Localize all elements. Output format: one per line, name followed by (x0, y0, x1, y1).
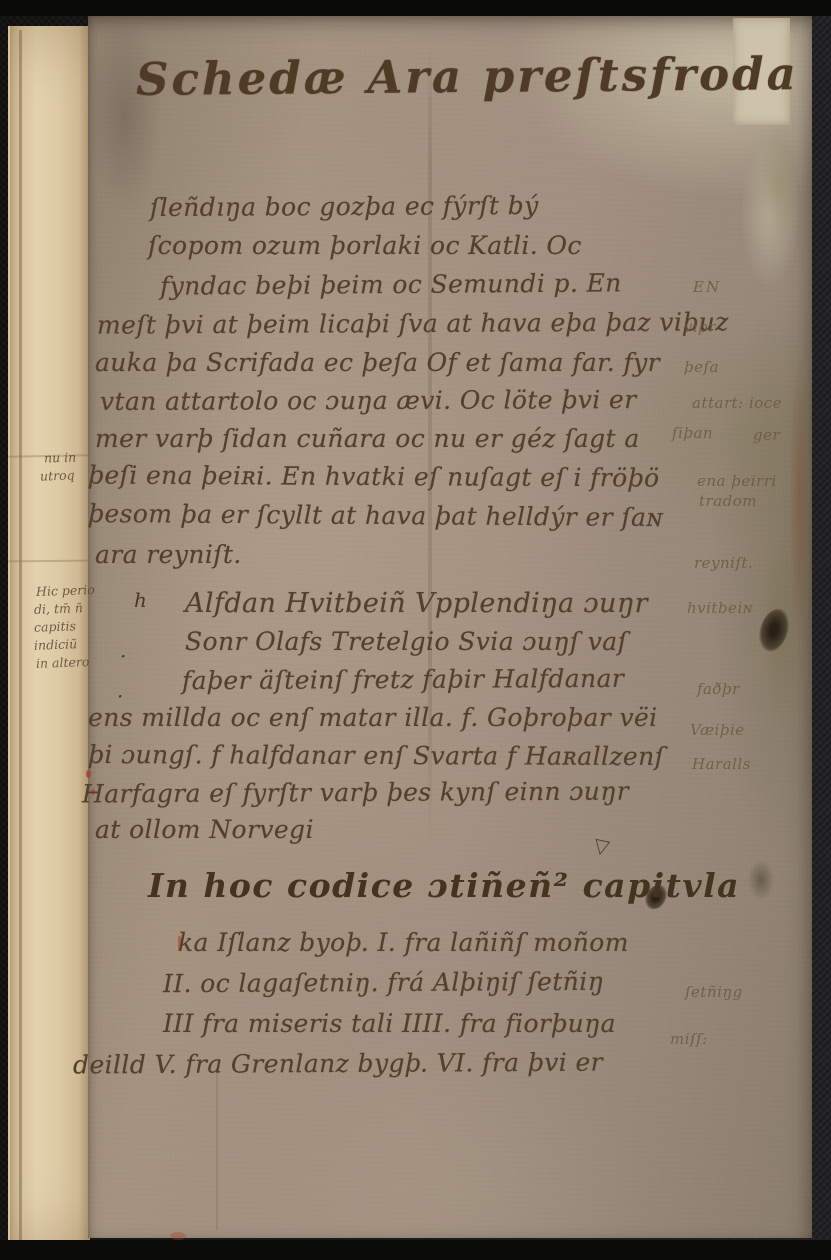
text-line: ſleñdıŋa boc gozþa ec fýrſt bý (150, 191, 539, 222)
green-stain (758, 120, 802, 250)
backdrop-top-band (0, 0, 831, 16)
text-line: fyndac beþi þeim oc Semundi p. En (160, 268, 622, 300)
right-margin-note: Væiþie (690, 721, 745, 739)
right-margin-note: miſſ: (670, 1030, 708, 1048)
text-line: at ollom Norvegi (95, 815, 314, 844)
chapter-heading: In hoc codice ɔtiñeñ² capitvla (148, 866, 740, 905)
right-margin-note: ena þeirri (697, 472, 777, 490)
text-line: II. oc lagaſetniŋ. frá Alþiŋiſ ſetñiŋ (163, 967, 604, 998)
left-margin-note: indiciũ (34, 636, 78, 652)
punctus-mark: · (120, 644, 126, 668)
dark-stain (748, 860, 774, 900)
text-line: mer varþ ſidan cuñara oc nu er géz ſagt … (95, 424, 640, 453)
right-margin-note: hvitbeiɴ (687, 599, 753, 617)
text-line: auka þa Scrifada ec þeſa Of et ſama far.… (95, 348, 660, 377)
right-margin-note: ſiþan (672, 424, 713, 442)
text-line: Harfagra eſ fyrſtr varþ þes kynſ einn ɔu… (82, 777, 629, 809)
text-line: ara reyniſt. (95, 540, 242, 569)
text-line: þesom þa er ſcyllt at hava þat helldýr e… (88, 499, 663, 532)
left-margin-note: capitis (34, 618, 76, 634)
text-line: ka Iſlanz byoþ. I. fra lañiñſ moñom (178, 928, 629, 957)
left-margin-note: di, tm̄ n̄ (34, 600, 83, 617)
stub-inner-edge (19, 30, 22, 1240)
right-margin-note: attart: ioce (692, 394, 782, 412)
right-margin-note: ſetñiŋg (685, 983, 743, 1001)
rust-stain (790, 360, 808, 640)
paragraph-mark: h (134, 588, 147, 612)
text-line: ens millda oc enſ matar illa. f. Goþroþa… (88, 703, 658, 732)
right-margin-note: EN (693, 278, 721, 296)
right-margin-note: reyniſt. (694, 554, 753, 572)
left-margin-note: nu in (44, 449, 77, 465)
red-speck (86, 770, 91, 778)
right-margin-note: ger (753, 426, 780, 444)
page-crease (216, 1070, 218, 1230)
text-line: deilld V. fra Grenlanz bygþ. VI. fra þvi… (73, 1048, 603, 1080)
manuscript-photo: 1 Schedæ Ara preſtsfroda ſleñdıŋa boc go… (0, 0, 831, 1260)
text-line: faþer äſteinſ fretz faþir Halfdanar (182, 664, 624, 695)
left-margin-note: in altero (36, 654, 90, 671)
left-margin-note: utroq (40, 467, 75, 483)
left-margin-note: Hic perio (36, 582, 95, 599)
text-line: ſcopom ozum þorlaki oc Katli. Oc (148, 231, 582, 260)
right-margin-note: tradom (699, 492, 757, 510)
right-margin-note: þeſa (684, 358, 719, 376)
right-margin-note: faðþr (697, 680, 740, 698)
right-margin-note: Haralls (692, 755, 751, 773)
red-smudge (170, 1232, 186, 1240)
text-line: þi ɔungſ. f halfdanar enſ Svarta f Haʀal… (88, 740, 664, 771)
corner-shadow (90, 20, 160, 210)
page-title: Schedæ Ara preſtsfroda (136, 47, 799, 106)
text-line: þeſi ena þeiʀi. En hvatki eſ nuſagt eſ i… (88, 461, 660, 493)
text-line: III fra miseris tali IIII. fra fiorþuŋa (163, 1009, 616, 1038)
text-line: meſt þvi at þeim licaþi ſva at hava eþa … (97, 307, 729, 339)
stub-edge-highlight (8, 26, 10, 1242)
right-margin-note: viþr (684, 318, 716, 336)
backdrop-bottom-band (0, 1240, 831, 1260)
text-line: Sonr Olafs Tretelgio Svia ɔuŋſ vaſ (185, 627, 627, 656)
text-line: Alfdan Hvitbeiñ Vpplendiŋa ɔuŋr (185, 588, 648, 619)
text-line: vtan attartolo oc ɔuŋa ævi. Oc löte þvi … (100, 385, 637, 416)
